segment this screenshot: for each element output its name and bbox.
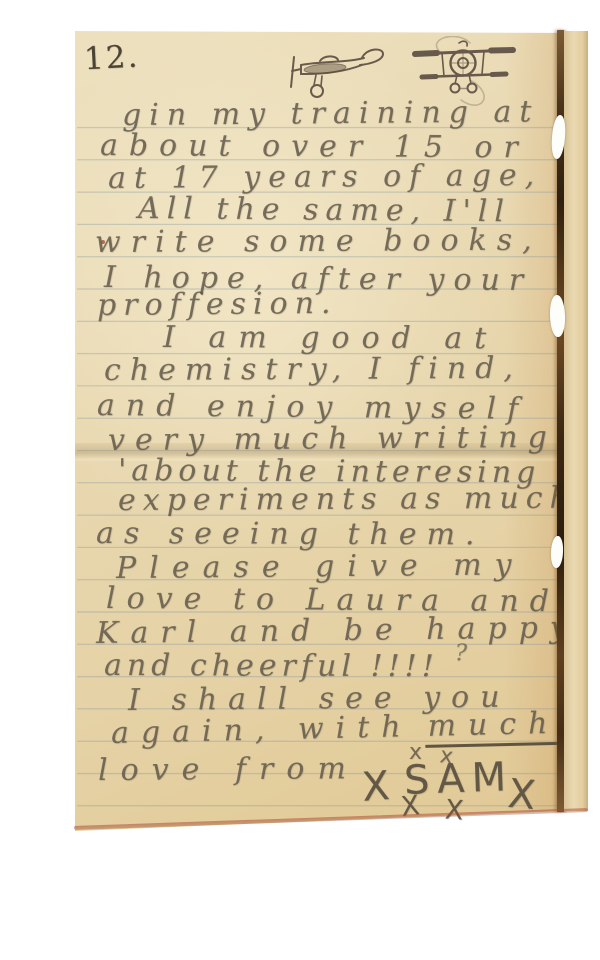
handwriting-line: and cheerful !!!!?	[104, 651, 472, 684]
handwriting-line: at 17 years of age,	[108, 161, 542, 194]
scan-background: 12.	[0, 0, 600, 960]
page-number: 12.	[83, 39, 140, 78]
handwriting-line: gin my training at	[122, 97, 540, 131]
handwriting-line: chemistry, I find,	[104, 354, 522, 386]
handwriting-line: love from	[98, 754, 359, 786]
handwriting-line: very much writing	[108, 423, 557, 456]
handwriting-text: again, with	[111, 709, 413, 751]
handwriting-line: Please give my	[116, 550, 525, 584]
handwriting-line: again, withmuch	[111, 709, 565, 749]
handwriting-line: as seeing them.	[96, 519, 485, 550]
handwriting-line: experiments as much	[118, 484, 576, 516]
underlined-word: much	[424, 706, 565, 748]
handwriting-line: Karl and be happy	[96, 613, 579, 649]
kiss-x-below-2: X	[444, 794, 465, 826]
adjacent-page-edge	[564, 31, 588, 811]
kiss-x-left: X	[360, 763, 391, 811]
handwriting-line: proffesion.	[97, 289, 338, 321]
handwriting-text: and cheerful !!!!	[104, 648, 439, 684]
handwriting-line: write some books,	[95, 226, 542, 258]
question-mark-squiggle: ?	[455, 640, 472, 666]
handwriting-line: I am good at	[163, 323, 498, 354]
